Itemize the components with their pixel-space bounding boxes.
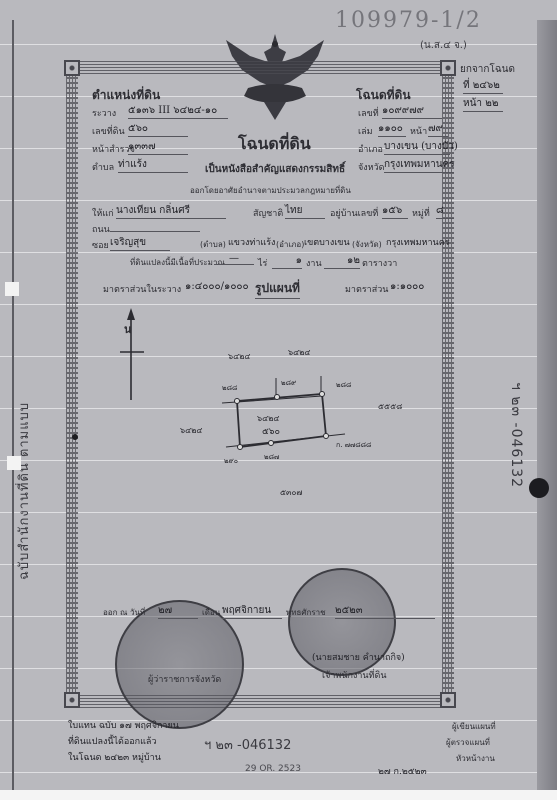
year-value: ๒๕๒๓ (335, 603, 435, 619)
map-sheet-value: ๕๑๓๖ III ๖๔๒๔-๑๐ (128, 103, 228, 119)
copy-note-line2: หน้า ๒๒ (463, 96, 503, 112)
annotation-right-date: ๒๗ ก.๒๕๒๓ (378, 764, 427, 778)
subdistrict-label: ตำบล (92, 160, 114, 174)
house-no-label: อยู่บ้านเลขที่ (330, 206, 378, 220)
copy-note-label: ยกจากโฉนด (460, 62, 515, 77)
year-label: พุทธศักราช (286, 606, 326, 619)
marker-label: ๒๘๗ (264, 452, 279, 463)
annotation-left-line3: ในโฉนด ๒๔๒๓ หมู่บ้าน (68, 750, 161, 764)
area-wa-value: ๑๒ (324, 253, 360, 269)
map-scale-label: มาตราส่วนในระวาง (103, 282, 181, 296)
plan-scale-label: มาตราส่วน (345, 282, 388, 296)
ink-blot (72, 434, 78, 440)
handwritten-reference-number: 109979-1/2 (335, 8, 482, 33)
scan-shadow-edge (537, 20, 557, 790)
plan-title: รูปแผนที่ (255, 279, 300, 299)
area-wa-label: ตารางวา (362, 256, 397, 270)
subtitle: เป็นหนังสือสำคัญแสดงกรรมสิทธิ์ (205, 162, 345, 177)
issued-by-line: ออกโดยอาศัยอำนาจตามประมวลกฎหมายที่ดิน (190, 184, 351, 197)
marker-label: ๒๙๐ (224, 456, 238, 467)
survey-page-value: ๑๓๓๗ (128, 139, 188, 155)
issue-date-prefix: ออก ณ วันที่ (103, 606, 145, 619)
north-label: น (124, 320, 132, 338)
annotation-right-line3: หัวหน้างาน (456, 752, 495, 765)
road-label: ถนน (92, 222, 110, 236)
deed-number-label: เลขที่ (358, 106, 379, 120)
map-scale-value: ๑:๔๐๐๐/๑๐๐๐ (185, 279, 249, 294)
area-rai-value: — (214, 253, 254, 265)
marker-label: ๒๘๘ (222, 383, 237, 394)
issue-day: ๒๗ (158, 603, 198, 619)
soi-label: ซอย (92, 238, 109, 252)
neighbor-north-left: ๖๔๒๔ (228, 350, 250, 363)
month-label: เดือน (202, 606, 220, 619)
page-label: หน้า (410, 124, 427, 138)
officer-title: เจ้าพนักงานที่ดิน (322, 668, 386, 682)
house-no-value: ๑๕๖ (382, 203, 408, 219)
plan-scale-value: ๑:๑๐๐๐ (390, 279, 424, 294)
area-ngan-label: งาน (306, 256, 322, 270)
nationality-label: สัญชาติ (253, 206, 283, 220)
ornament-corner-icon (64, 60, 80, 76)
main-title: โฉนดที่ดิน (238, 132, 311, 157)
province-label: จังหวัด (358, 160, 385, 174)
annotation-right-line1: ผู้เขียนแผนที่ (452, 720, 496, 733)
district-label: อำเภอ (358, 142, 383, 156)
marker-label: ๒๘๙ (281, 378, 296, 389)
neighbor-north-right: ๖๔๒๔ (288, 346, 310, 359)
page-value: ๗๙ (428, 121, 448, 137)
marker-label: ๒๘๘ (336, 380, 351, 391)
area-rai-label: ไร่ (258, 256, 267, 270)
soi-value: เจริญสุข (110, 235, 170, 251)
map-sheet-label: ระวาง (92, 106, 116, 120)
annotation-left-line2: ที่ดินแปลงนี้ได้ออกแล้ว (68, 734, 157, 748)
ink-blot (529, 478, 549, 498)
decorative-column-left (66, 74, 78, 694)
province-value: กรุงเทพมหานคร (384, 157, 454, 173)
ornament-corner-icon (64, 692, 80, 708)
land-number-label: เลขที่ดิน (92, 124, 125, 138)
given-to-label: ให้แก่ (92, 206, 114, 220)
book-label: เล่ม (358, 124, 373, 138)
amphoe-value: เขตบางเขน (304, 235, 350, 249)
annotation-left-line1: ใบแทน ฉบับ ๑๗ พฤศจิกายน (68, 718, 179, 732)
form-code: (น.ส.๔ จ.) (420, 38, 467, 53)
subdistrict-value: ท่าแร้ง (118, 157, 188, 173)
governor-signature-label: ผู้ว่าราชการจังหวัด (148, 672, 221, 686)
changwat-label: (จังหวัด) (352, 238, 382, 251)
district-value: บางเขน (บางบัว) (384, 139, 450, 155)
date-stamp: 29 OR. 2523 (245, 764, 301, 774)
moo-value: ๘ (436, 203, 454, 219)
nationality-value: ไทย (285, 203, 325, 219)
neighbor-west: ๖๔๒๔ (180, 424, 202, 437)
area-label: ที่ดินแปลงนี้มีเนื้อที่ประมาณ (130, 256, 225, 269)
decorative-band-top (78, 60, 442, 74)
annotation-right-line2: ผู้ตรวจแผนที่ (446, 736, 490, 749)
owner-name: นางเทียน กลิ่นศรี (116, 203, 226, 219)
book-value: ๑๑๐๐ (378, 121, 406, 137)
scan-bottom-margin (0, 790, 557, 800)
punch-mark (7, 456, 21, 470)
tambon-value: แขวงท่าแร้ง (228, 235, 275, 249)
ornament-corner-icon (440, 60, 456, 76)
changwat-value: กรุงเทพมหานคร (386, 235, 450, 249)
ornament-corner-icon (440, 692, 456, 708)
punch-mark (5, 282, 19, 296)
month-value: พฤศจิกายน (222, 603, 282, 619)
neighbor-east: ๕๕๕๘ (378, 400, 402, 413)
officer-name: (นายสมชาย คำนาถกิจ) (312, 650, 405, 664)
road-value (110, 222, 200, 232)
parcel-land-number: ๕๖๐ (262, 424, 280, 438)
corner-code: ก. ๗๗๘๘๘ (336, 440, 371, 451)
serial-number: ฯ ๒๓ -046132 (204, 734, 291, 755)
moo-label: หมู่ที่ (412, 206, 430, 220)
official-seal-left (115, 600, 244, 729)
right-vertical-serial: ฯ ๒๓ -046132 (505, 382, 527, 488)
land-number-value: ๕๖๐ (128, 121, 188, 137)
deed-number-value: ๑๐๙๙๗๙ (382, 103, 442, 119)
amphoe-label: (อำเภอ) (276, 238, 304, 251)
area-ngan-value: ๑ (272, 253, 302, 269)
neighbor-south: ๕๓๐๗ (280, 486, 302, 499)
copy-note-line1: ที่ ๒๔๖๒ (463, 78, 503, 94)
tambon-label: (ตำบล) (200, 238, 226, 251)
